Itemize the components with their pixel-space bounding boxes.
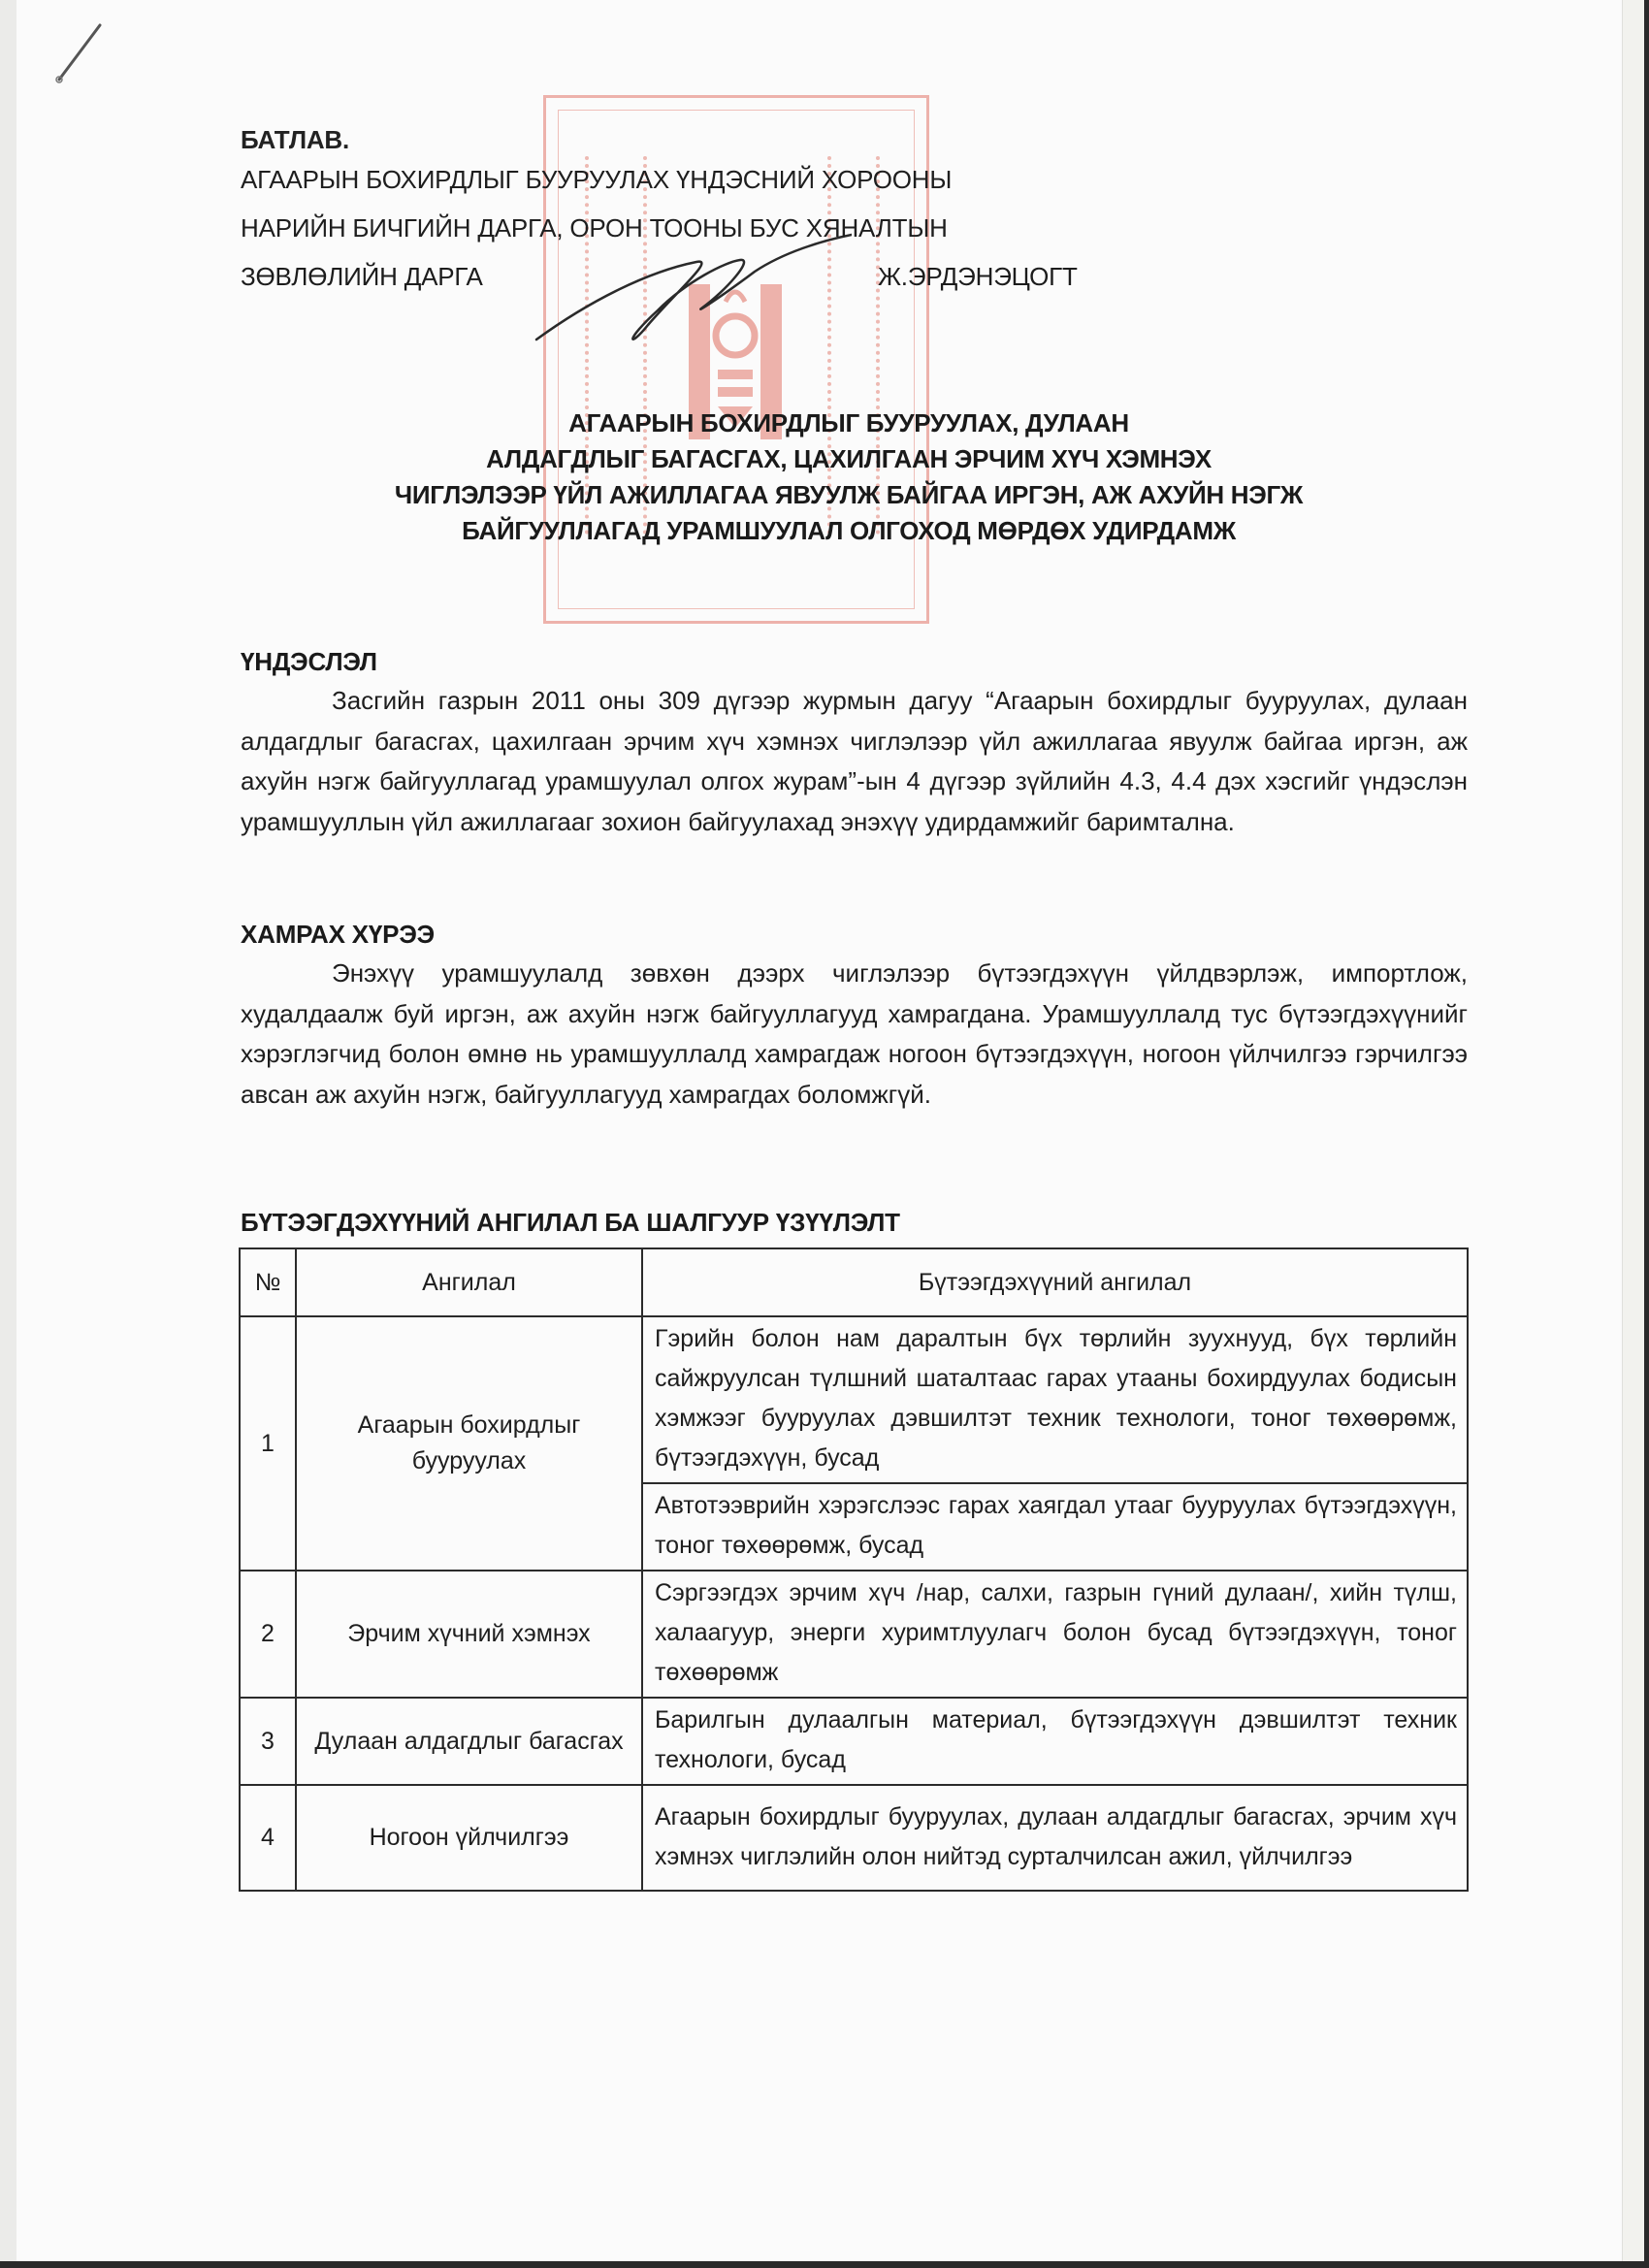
signature-row: ЗӨВЛӨЛИЙН ДАРГА Ж.ЭРДЭНЭЦОГТ xyxy=(241,252,1133,301)
row-description: Сэргээгдэх эрчим хүч /нар, салхи, газрын… xyxy=(642,1571,1468,1698)
section-scope: ХАМРАХ ХҮРЭЭ Энэхүү урамшуулалд зөвхөн д… xyxy=(241,915,1468,1115)
row-number: 4 xyxy=(240,1785,296,1891)
section-basis: ҮНДЭСЛЭЛ Засгийн газрын 2011 оны 309 дүг… xyxy=(241,642,1468,842)
document-title: АГААРЫН БОХИРДЛЫГ БУУРУУЛАХ, ДУЛААН АЛДА… xyxy=(223,405,1474,549)
scan-edge-right xyxy=(1622,0,1644,2261)
row-description: Автотээврийн хэрэгслээс гарах хаягдал ут… xyxy=(642,1483,1468,1571)
row-number: 1 xyxy=(240,1316,296,1571)
row-description: Агаарын бохирдлыг бууруулах, дулаан алда… xyxy=(642,1785,1468,1891)
title-line: ЧИГЛЭЛЭЭР ҮЙЛ АЖИЛЛАГАА ЯВУУЛЖ БАЙГАА ИР… xyxy=(223,477,1474,513)
title-line: АГААРЫН БОХИРДЛЫГ БУУРУУЛАХ, ДУЛААН xyxy=(223,405,1474,441)
pen-mark-icon xyxy=(53,21,107,84)
approval-block: БАТЛАВ. АГААРЫН БОХИРДЛЫГ БУУРУУЛАХ ҮНДЭ… xyxy=(241,124,1133,301)
table-row: 1 Агаарын бохирдлыг бууруулах Гэрийн бол… xyxy=(240,1316,1468,1483)
row-category: Эрчим хүчний хэмнэх xyxy=(296,1571,642,1698)
row-category: Дулаан алдагдлыг багасгах xyxy=(296,1698,642,1785)
signer-name: Ж.ЭРДЭНЭЦОГТ xyxy=(878,252,1078,301)
header-product-category: Бүтээгдэхүүний ангилал xyxy=(642,1248,1468,1316)
table-row: 4 Ногоон үйлчилгээ Агаарын бохирдлыг буу… xyxy=(240,1785,1468,1891)
section-paragraph: Энэхүү урамшуулалд зөвхөн дээрх чиглэлээ… xyxy=(241,954,1468,1115)
approver-position: ЗӨВЛӨЛИЙН ДАРГА xyxy=(241,262,483,291)
table-row: 2 Эрчим хүчний хэмнэх Сэргээгдэх эрчим х… xyxy=(240,1571,1468,1698)
row-description: Гэрийн болон нам даралтын бүх төрлийн зу… xyxy=(642,1316,1468,1483)
section-heading: ХАМРАХ ХҮРЭЭ xyxy=(241,915,1468,954)
criteria-table-wrapper: № Ангилал Бүтээгдэхүүний ангилал 1 Агаар… xyxy=(239,1247,1469,1892)
section-paragraph: Засгийн газрын 2011 оны 309 дүгээр журмы… xyxy=(241,681,1468,842)
header-number: № xyxy=(240,1248,296,1316)
row-description: Барилгын дулаалгын материал, бүтээгдэхүү… xyxy=(642,1698,1468,1785)
row-number: 3 xyxy=(240,1698,296,1785)
approve-heading: БАТЛАВ. xyxy=(241,124,1133,155)
table-header-row: № Ангилал Бүтээгдэхүүний ангилал xyxy=(240,1248,1468,1316)
approval-line: НАРИЙН БИЧГИЙН ДАРГА, ОРОН ТООНЫ БУС ХЯН… xyxy=(241,204,1133,252)
scan-edge-left xyxy=(0,0,16,2261)
title-line: БАЙГУУЛЛАГАД УРАМШУУЛАЛ ОЛГОХОД МӨРДӨХ У… xyxy=(223,513,1474,549)
row-number: 2 xyxy=(240,1571,296,1698)
approval-line: АГААРЫН БОХИРДЛЫГ БУУРУУЛАХ ҮНДЭСНИЙ ХОР… xyxy=(241,155,1133,204)
table-row: 3 Дулаан алдагдлыг багасгах Барилгын дул… xyxy=(240,1698,1468,1785)
title-line: АЛДАГДЛЫГ БАГАСГАХ, ЦАХИЛГААН ЭРЧИМ ХҮЧ … xyxy=(223,441,1474,477)
header-category: Ангилал xyxy=(296,1248,642,1316)
criteria-table: № Ангилал Бүтээгдэхүүний ангилал 1 Агаар… xyxy=(239,1247,1469,1892)
section-heading: ҮНДЭСЛЭЛ xyxy=(241,642,1468,681)
document-page: БАТЛАВ. АГААРЫН БОХИРДЛЫГ БУУРУУЛАХ ҮНДЭ… xyxy=(0,0,1643,2261)
row-category: Агаарын бохирдлыг бууруулах xyxy=(296,1316,642,1571)
section-heading: БҮТЭЭГДЭХҮҮНИЙ АНГИЛАЛ БА ШАЛГУУР ҮЗҮҮЛЭ… xyxy=(241,1203,1468,1242)
section-criteria: БҮТЭЭГДЭХҮҮНИЙ АНГИЛАЛ БА ШАЛГУУР ҮЗҮҮЛЭ… xyxy=(241,1203,1468,1242)
row-category: Ногоон үйлчилгээ xyxy=(296,1785,642,1891)
